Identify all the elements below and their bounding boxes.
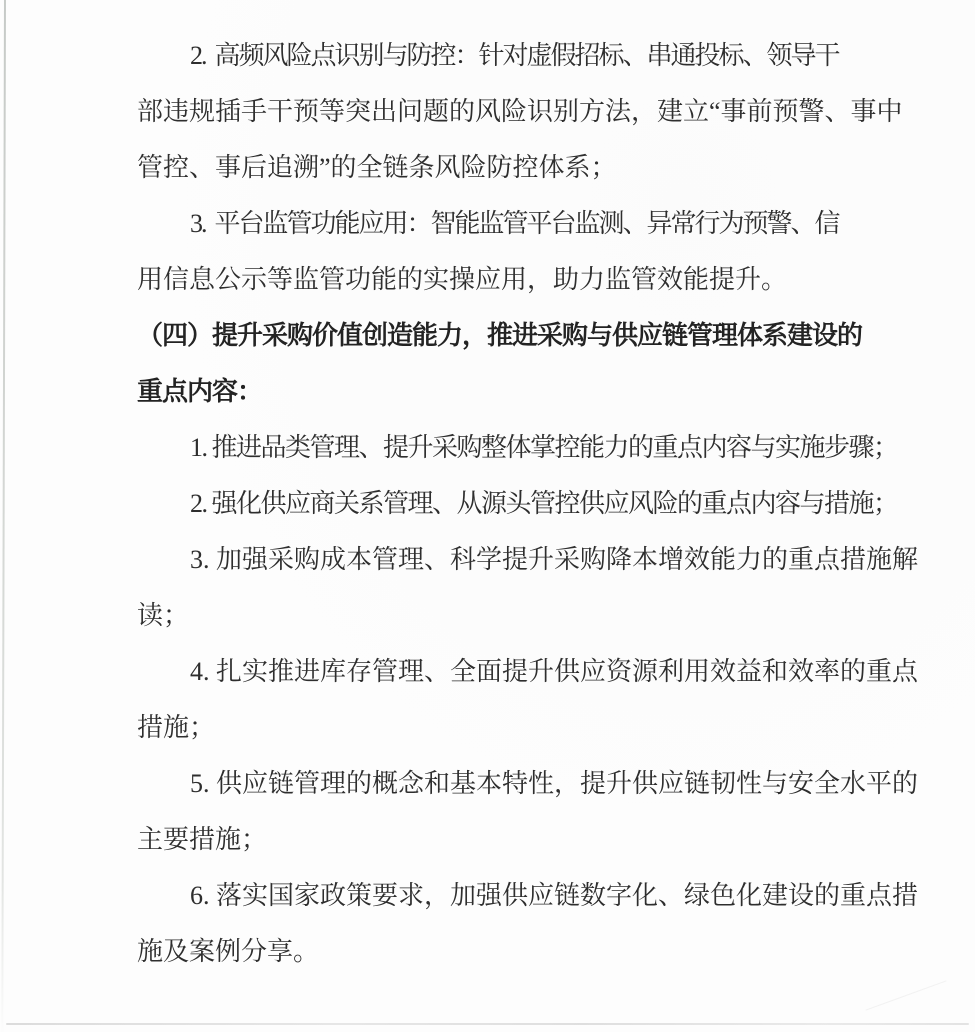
document-line: 1. 推进品类管理、提升采购整体掌控能力的重点内容与实施步骤； — [137, 420, 882, 476]
document-line: 管控、事后追溯”的全链条风险防控体系； — [137, 140, 882, 196]
section-heading: （四）提升采购价值创造能力，推进采购与供应链管理体系建设的 — [137, 308, 882, 364]
scan-bottom-edge-line — [6, 1023, 969, 1025]
document-line: 3. 平台监管功能应用：智能监管平台监测、异常行为预警、信 — [137, 196, 882, 252]
section-heading: 重点内容： — [137, 364, 882, 420]
scan-crease-mark — [865, 980, 946, 1010]
document-line: 5. 供应链管理的概念和基本特性，提升供应链韧性与安全水平的 — [137, 756, 882, 812]
document-line: 读； — [137, 588, 882, 644]
document-line: 2. 强化供应商关系管理、从源头管控供应风险的重点内容与措施； — [137, 476, 882, 532]
scan-left-edge-line — [1, 0, 6, 1032]
document-line: 措施； — [137, 700, 882, 756]
document-page: { "document": { "language": "zh-CN", "co… — [0, 0, 975, 1032]
document-line: 2. 高频风险点识别与防控：针对虚假招标、串通投标、领导干 — [137, 28, 882, 84]
document-line: 施及案例分享。 — [137, 924, 882, 980]
document-line: 部违规插手干预等突出问题的风险识别方法，建立“事前预警、事中 — [137, 84, 882, 140]
document-line: 4. 扎实推进库存管理、全面提升供应资源利用效益和效率的重点 — [137, 644, 882, 700]
document-line: 3. 加强采购成本管理、科学提升采购降本增效能力的重点措施解 — [137, 532, 882, 588]
paper-background: 2. 高频风险点识别与防控：针对虚假招标、串通投标、领导干 部违规插手干预等突出… — [0, 0, 975, 1032]
document-line: 主要措施； — [137, 812, 882, 868]
document-line: 6. 落实国家政策要求，加强供应链数字化、绿色化建设的重点措 — [137, 868, 882, 924]
document-line: 用信息公示等监管功能的实操应用，助力监管效能提升。 — [137, 252, 882, 308]
document-body: 2. 高频风险点识别与防控：针对虚假招标、串通投标、领导干 部违规插手干预等突出… — [137, 28, 882, 980]
